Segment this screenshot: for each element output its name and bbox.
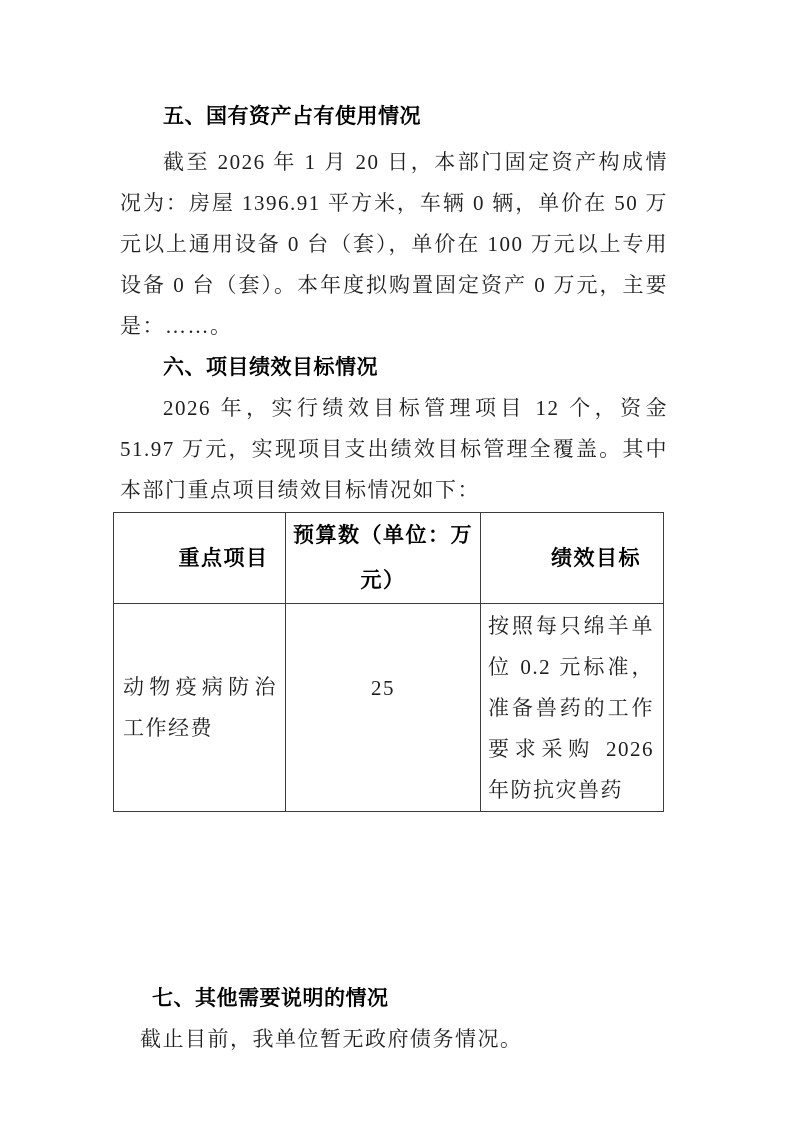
para-performance-targets: 2026 年，实行绩效目标管理项目 12 个，资金 51.97 万元，实现项目支… xyxy=(120,388,668,511)
heading-other-notes: 七、其他需要说明的情况 xyxy=(120,978,668,1019)
table-row: 动物疫病防治工作经费 25 按照每只绵羊单位 0.2 元标准，准备兽药的工作要求… xyxy=(114,604,664,812)
header-cell-performance-target: 绩效目标 xyxy=(481,513,664,604)
header-cell-budget: 预算数（单位：万元） xyxy=(286,513,481,604)
para-other-notes: 截止目前，我单位暂无政府债务情况。 xyxy=(120,1019,668,1060)
cell-project-name: 动物疫病防治工作经费 xyxy=(114,604,286,812)
document-page: 五、国有资产占有使用情况 截至 2026 年 1 月 20 日，本部门固定资产构… xyxy=(0,0,793,1122)
performance-table: 重点项目 预算数（单位：万元） 绩效目标 动物疫病防治工作经费 25 按照每只绵… xyxy=(113,512,664,812)
table-header-row: 重点项目 预算数（单位：万元） 绩效目标 xyxy=(114,513,664,604)
heading-state-assets: 五、国有资产占有使用情况 xyxy=(120,96,668,137)
cell-performance-target: 按照每只绵羊单位 0.2 元标准，准备兽药的工作要求采购 2026 年防抗灾兽药 xyxy=(481,604,664,812)
heading-performance-targets: 六、项目绩效目标情况 xyxy=(120,347,668,388)
header-cell-key-project: 重点项目 xyxy=(114,513,286,604)
cell-budget-value: 25 xyxy=(286,604,481,812)
para-state-assets: 截至 2026 年 1 月 20 日，本部门固定资产构成情况为：房屋 1396.… xyxy=(120,142,668,347)
